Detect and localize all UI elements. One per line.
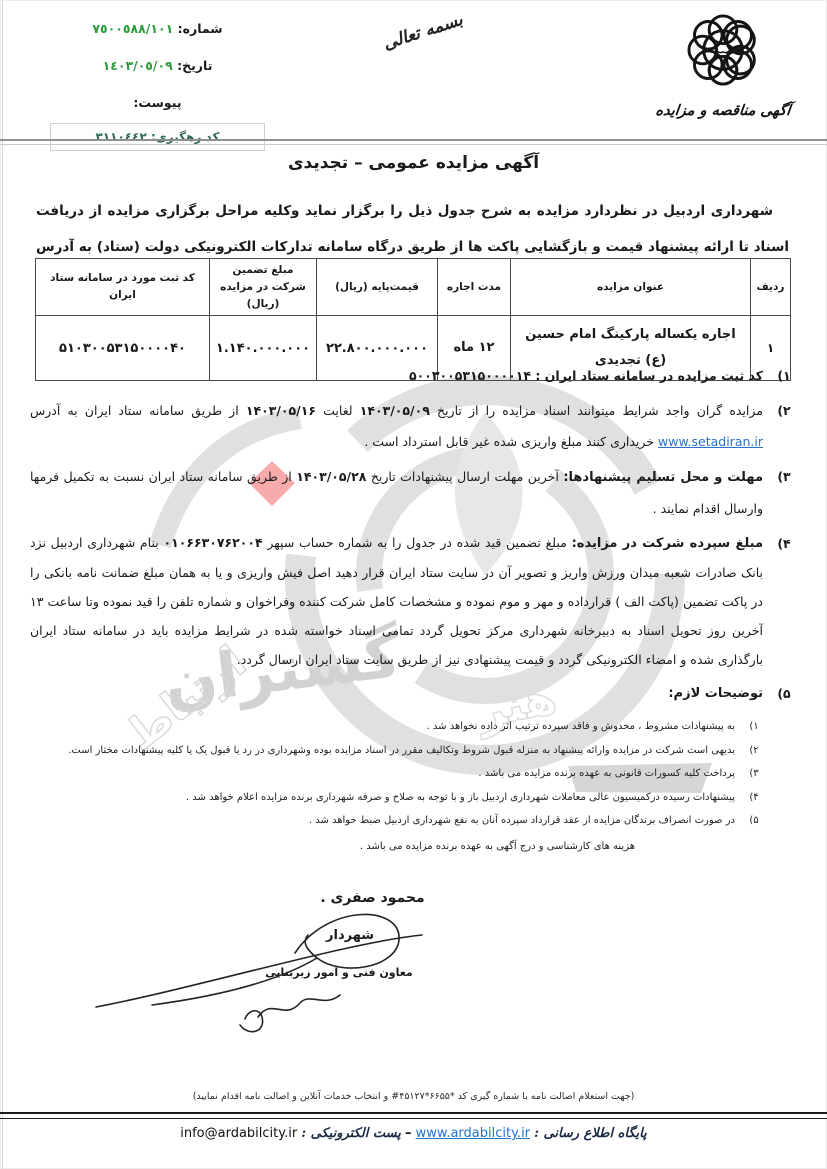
subnote-4: ۴) پیشنهادات رسیده درکمیسیون عالی معاملا… bbox=[30, 786, 763, 810]
subnote-1-number: ۱) bbox=[745, 715, 763, 739]
letterhead-meta: شماره: ٧٥٠٠٥٨٨/١٠١ تاریخ: ١٤٠٣/٠٥/٠٩ پیو… bbox=[50, 10, 265, 151]
list-item-1: ۱) کد ثبت مزایده در سامانه ستاد ایران : … bbox=[30, 360, 797, 391]
item-3-t1: آخرین مهلت ارسال پیشنهادات تاریخ bbox=[366, 469, 563, 484]
item-4-text: مبلغ سپرده شرکت در مزایده: مبلغ تضمین قی… bbox=[30, 528, 763, 674]
attachment-row: پیوست: bbox=[50, 84, 265, 121]
item-2-t1: مزایده گران واجد شرایط میتوانند اسناد مز… bbox=[430, 403, 763, 418]
item-1-text: کد ثبت مزایده در سامانه ستاد ایران : ۵۰۰… bbox=[30, 360, 763, 391]
item-4-account-number: ۰۱۰۶۶۳۰۷۶۲۰۰۴ bbox=[163, 535, 262, 550]
col-header-base-price: قیمت‌پایه (ریال) bbox=[317, 259, 438, 316]
ardabil-municipality-logo-icon bbox=[677, 4, 769, 96]
attachment-label: پیوست: bbox=[133, 95, 181, 110]
item-4-t1: مبلغ تضمین قید شده در جدول را به شماره ح… bbox=[263, 535, 572, 550]
subnote-2-text: بدیهی است شرکت در مزایده وارائه پیشنهاد … bbox=[68, 739, 735, 763]
email-label: پست الکترونیکی : bbox=[301, 1126, 401, 1141]
item-2-text: مزایده گران واجد شرایط میتوانند اسناد مز… bbox=[30, 395, 763, 457]
item-2-t4: خریداری کنند مبلغ واریزی شده غیر قابل اس… bbox=[364, 434, 658, 449]
item-2-date-end: ۱۴۰۳/۰۵/۱۶ bbox=[246, 403, 316, 418]
footer-contact-line: پایگاه اطلاع رسانی : www.ardabilcity.ir … bbox=[0, 1126, 827, 1141]
municipality-logo-block: آگهی مناقصه و مزایده bbox=[648, 4, 798, 119]
setadiran-link[interactable]: www.setadiran.ir bbox=[658, 434, 763, 449]
item-3-text: مهلت و محل تسلیم پیشنهادها: آخرین مهلت ا… bbox=[30, 461, 763, 524]
item-3-number: ۳) bbox=[771, 461, 797, 524]
explanations-sublist: ۱) به پیشنهادات مشروط ، مخدوش و فاقد سپر… bbox=[30, 715, 763, 859]
subnote-4-number: ۴) bbox=[745, 786, 763, 810]
subnote-3: ۳) پرداخت کلیه کسورات قانونی به عهده برن… bbox=[30, 762, 763, 786]
list-item-2: ۲) مزایده گران واجد شرایط میتوانند اسناد… bbox=[30, 395, 797, 457]
subnote-2: ۲) بدیهی است شرکت در مزایده وارائه پیشنه… bbox=[30, 739, 763, 763]
footer-divider bbox=[0, 1112, 827, 1119]
col-header-rank: ردیف bbox=[751, 259, 791, 316]
tracking-code-box: کد رهگیری: ٣١١٠٤٤٢ bbox=[50, 123, 265, 151]
item-1-number: ۱) bbox=[771, 360, 797, 391]
subnote-5-number: ۵) bbox=[745, 809, 763, 833]
footer-separator: – bbox=[405, 1126, 412, 1141]
authenticity-verification-line: (جهت استعلام اصالت نامه با شماره گیری کد… bbox=[0, 1091, 827, 1102]
list-item-3: ۳) مهلت و محل تسلیم پیشنهادها: آخرین مهل… bbox=[30, 461, 797, 524]
list-item-5: ۵) توضیحات لازم: bbox=[30, 678, 797, 709]
scanned-tender-document: گستران ارتباط هنر شماره: ٧٥٠٠٥٨٨/١٠١ تار… bbox=[0, 0, 827, 1169]
intro-text: شهرداری اردبیل در نظردارد مزایده به شرح … bbox=[36, 203, 789, 255]
letter-number-label: شماره: bbox=[178, 21, 223, 36]
item-4-t2: بنام شهرداری اردبیل نزد بانک صادرات شعبه… bbox=[30, 535, 763, 667]
portal-label: پایگاه اطلاع رسانی : bbox=[534, 1126, 647, 1141]
email-address: info@ardabilcity.ir bbox=[180, 1126, 297, 1141]
subnote-4-text: پیشنهادات رسیده درکمیسیون عالی معاملات ش… bbox=[186, 786, 735, 810]
item-4-lead: مبلغ سپرده شرکت در مزایده: bbox=[572, 536, 763, 551]
subnote-1-text: به پیشنهادات مشروط ، مخدوش و فاقد سپرده … bbox=[427, 715, 735, 739]
letter-number-value: ٧٥٠٠٥٨٨/١٠١ bbox=[92, 21, 173, 36]
subnote-2-number: ۲) bbox=[745, 739, 763, 763]
col-header-setad-code: کد ثبت مورد در سامانه ستاد ایران bbox=[36, 259, 210, 316]
item-4-number: ۴) bbox=[771, 528, 797, 674]
handwritten-signature bbox=[90, 895, 490, 1040]
subnote-1: ۱) به پیشنهادات مشروط ، مخدوش و فاقد سپر… bbox=[30, 715, 763, 739]
document-title: آگهی مزایده عمومی – تجدیدی bbox=[0, 153, 827, 173]
letter-number-row: شماره: ٧٥٠٠٥٨٨/١٠١ bbox=[50, 10, 265, 47]
item-3-lead: مهلت و محل تسلیم پیشنهادها: bbox=[563, 470, 763, 485]
subnote-3-number: ۳) bbox=[745, 762, 763, 786]
letter-date-label: تاریخ: bbox=[177, 58, 212, 73]
item-2-number: ۲) bbox=[771, 395, 797, 457]
logo-caption: آگهی مناقصه و مزایده bbox=[647, 102, 799, 119]
item-2-date-start: ۱۴۰۳/۰۵/۰۹ bbox=[360, 403, 430, 418]
letter-date-value: ١٤٠٣/٠٥/٠٩ bbox=[103, 58, 173, 73]
letter-date-row: تاریخ: ١٤٠٣/٠٥/٠٩ bbox=[50, 47, 265, 84]
conditions-list: ۱) کد ثبت مزایده در سامانه ستاد ایران : … bbox=[30, 360, 797, 859]
list-item-4: ۴) مبلغ سپرده شرکت در مزایده: مبلغ تضمین… bbox=[30, 528, 797, 674]
item-3-deadline-date: ۱۴۰۳/۰۵/۲۸ bbox=[296, 469, 366, 484]
item-2-t3: از طریق سامانه ستاد ایران به آدرس bbox=[30, 403, 246, 418]
subnote-5-text: در صورت انصراف برندگان مزایده از عقد قرا… bbox=[309, 809, 735, 833]
ardabilcity-link[interactable]: www.ardabilcity.ir bbox=[416, 1126, 530, 1141]
col-header-subject: عنوان مزایده bbox=[511, 259, 751, 316]
item-5-number: ۵) bbox=[771, 678, 797, 709]
costs-note: هزینه های کارشناسی و درج آگهی به عهده بر… bbox=[30, 835, 763, 859]
item-5-lead: توضیحات لازم: bbox=[30, 678, 763, 709]
col-header-duration: مدت اجاره bbox=[438, 259, 511, 316]
subnote-3-text: پرداخت کلیه کسورات قانونی به عهده برنده … bbox=[478, 762, 735, 786]
col-header-deposit: مبلغ تضمین شرکت در مزایده (ریال) bbox=[210, 259, 317, 316]
subnote-5: ۵) در صورت انصراف برندگان مزایده از عقد … bbox=[30, 809, 763, 833]
bismillah-calligraphy: بسمه تعالی bbox=[377, 9, 469, 56]
auction-table-header-row: ردیف عنوان مزایده مدت اجاره قیمت‌پایه (ر… bbox=[36, 259, 791, 316]
item-2-t2: لغایت bbox=[316, 403, 360, 418]
header-divider bbox=[0, 139, 827, 145]
